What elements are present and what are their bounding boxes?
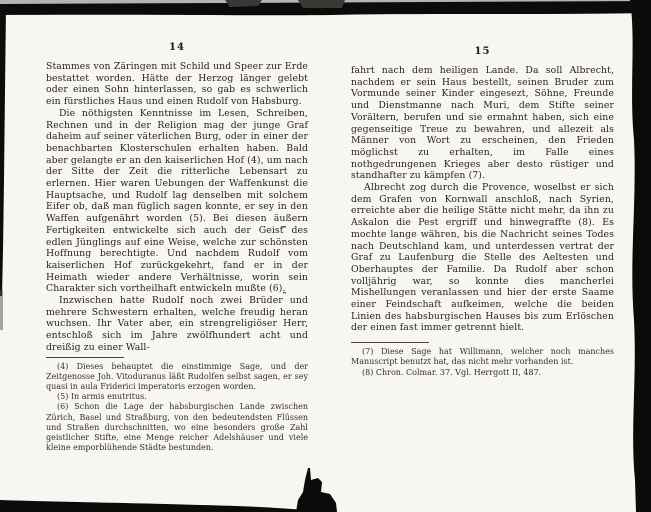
left-page-body: Stammes von Zäringen mit Schild und Spee…: [46, 61, 308, 354]
left-page-footnotes: (4) Dieses behauptet die einstimmige Sag…: [46, 362, 308, 454]
paragraph: fahrt nach dem heiligen Lande. Da soll A…: [351, 65, 614, 182]
scan-edge-left: [0, 4, 6, 296]
page-number-right: 15: [351, 46, 614, 57]
footnote: (8) Chron. Colmar. 37. Vgl. Herrgott II,…: [351, 368, 614, 378]
paragraph: Die nöthigsten Kenntnisse im Lesen, Schr…: [46, 108, 308, 295]
footnote: (4) Dieses behauptet die einstimmige Sag…: [46, 362, 308, 393]
right-page-footnotes: (7) Diese Sage hat Willimann, welcher no…: [351, 347, 614, 378]
paragraph: Stammes von Zäringen mit Schild und Spee…: [46, 61, 308, 108]
paragraph: Albrecht zog durch die Provence, woselbs…: [351, 182, 614, 334]
footnote-rule-right: [351, 342, 429, 343]
scan-edge-top: [0, 1, 651, 15]
scan-edge-left-fade: [0, 290, 3, 330]
scan-edge-right: [630, 0, 651, 512]
scan-edge-bottom: [0, 500, 305, 512]
scan-top-gray: [0, 0, 651, 6]
footnote: (7) Diese Sage hat Willimann, welcher no…: [351, 347, 614, 367]
right-page-body: fahrt nach dem heiligen Lande. Da soll A…: [351, 65, 614, 334]
footnote: (6) Schon die Lage der habsburgischen La…: [46, 402, 308, 453]
page-left: 14 Stammes von Zäringen mit Schild und S…: [46, 42, 308, 453]
page-right: 15 fahrt nach dem heiligen Lande. Da sol…: [351, 46, 614, 378]
book-scan: 14 Stammes von Zäringen mit Schild und S…: [0, 0, 651, 512]
ink-blot: [296, 468, 337, 512]
footnote: (5) In armis enutritus.: [46, 392, 308, 402]
scan-smudge-top: [225, 0, 345, 8]
paragraph: Inzwischen hatte Rudolf noch zwei Brüder…: [46, 295, 308, 354]
page-number-left: 14: [46, 42, 308, 53]
footnote-rule-left: [46, 357, 124, 358]
